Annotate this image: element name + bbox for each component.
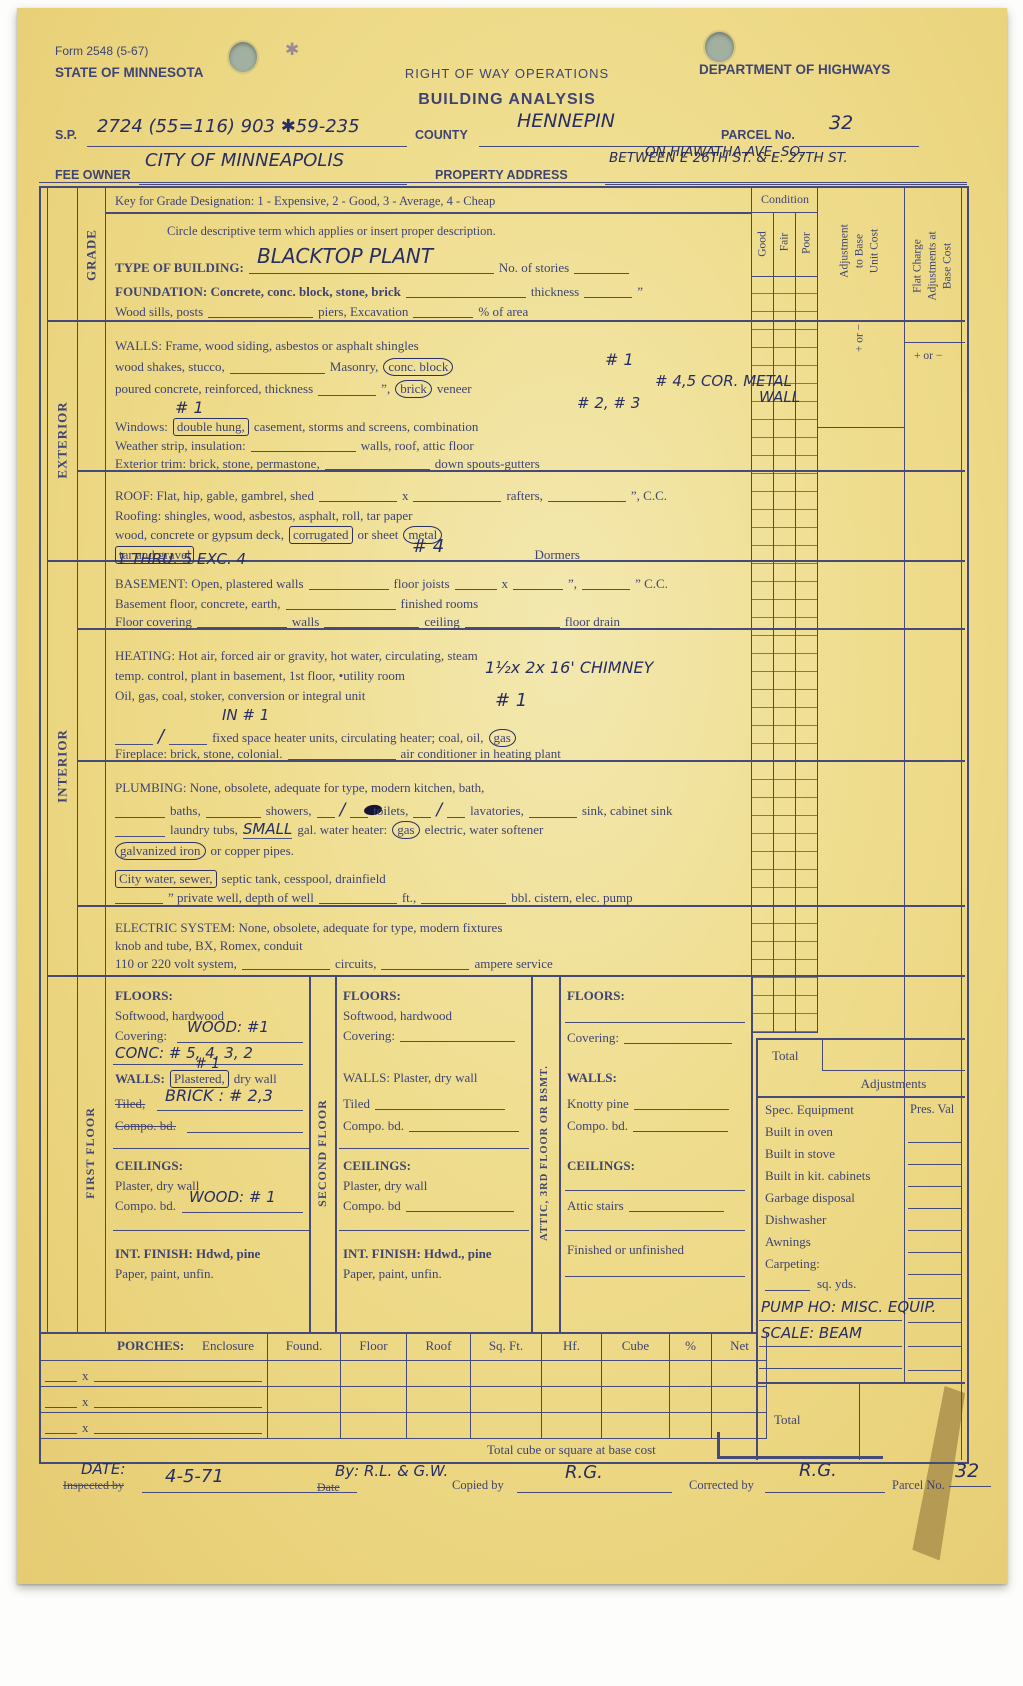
spec-row-cabinets: Built in kit. cabinets xyxy=(765,1168,870,1184)
basement-line1: BASEMENT: Open, plastered walls floor jo… xyxy=(115,576,668,592)
property-address-value: BETWEEN E 26TH ST. & E. 27TH ST. xyxy=(609,150,848,166)
spec-row-oven: Built in oven xyxy=(765,1124,833,1140)
floor2-compo2-line: Compo. bd xyxy=(343,1198,514,1214)
heating-line3: Oil, gas, coal, stoker, conversion or in… xyxy=(115,688,365,704)
grid-line xyxy=(565,1190,745,1191)
attic-floors-heading: FLOORS: xyxy=(567,988,625,1004)
heating-hand-in1: IN # 1 xyxy=(222,706,269,724)
grid-line xyxy=(39,182,967,183)
grade-woodsills-line: Wood sills, posts piers, Excavation % of… xyxy=(115,304,528,320)
hand-by-value: By: R.L. & G.W. xyxy=(335,1462,448,1480)
grid-line xyxy=(517,1492,672,1493)
heating-hand-no1: # 1 xyxy=(495,690,527,711)
floor1-walls-hand1: # 1 xyxy=(195,1056,220,1072)
grid-line xyxy=(908,1142,961,1143)
grid-line xyxy=(908,1322,961,1323)
plumbing-line6: ” private well, depth of well ft., bbl. … xyxy=(115,890,633,906)
grid-line xyxy=(47,320,965,322)
adjustment-column-label: Adjustment to Base Unit Cost xyxy=(838,224,883,278)
grid-line xyxy=(267,1332,268,1438)
grid-line xyxy=(766,1332,767,1438)
roof-line1: ROOF: Flat, hip, gable, gambrel, shed x … xyxy=(115,488,667,504)
grid-line xyxy=(105,212,751,214)
walls-hand-1b: # 1 xyxy=(175,398,204,417)
floor1-ceiling-value: WOOD: # 1 xyxy=(189,1188,276,1206)
hand-date-label: DATE: xyxy=(81,1460,125,1478)
circled-galvanized-iron: galvanized iron xyxy=(115,842,206,860)
grid-line xyxy=(113,1230,309,1231)
walls-line4: Windows: double hung, casement, storms a… xyxy=(115,418,478,436)
grid-line xyxy=(340,1332,341,1438)
hand-date-value: 4-5-71 xyxy=(165,1466,224,1487)
plumbing-line1: PLUMBING: None, obsolete, adequate for t… xyxy=(115,780,484,796)
electric-line2: knob and tube, BX, Romex, conduit xyxy=(115,938,303,954)
form-number: Form 2548 (5-67) xyxy=(55,44,148,58)
grid-line xyxy=(77,186,78,1332)
total-bottom-label: Total xyxy=(774,1412,801,1428)
footer-parcel-label: Parcel No. xyxy=(892,1478,945,1493)
porches-total-line: Total cube or square at base cost xyxy=(487,1442,656,1458)
grid-line xyxy=(39,1386,767,1387)
grid-line xyxy=(908,1346,961,1347)
grid-line xyxy=(339,1148,529,1149)
grid-line xyxy=(717,1456,883,1459)
porches-col-roof: Roof xyxy=(409,1338,468,1354)
plumbing-line5: City water, sewer, septic tank, cesspool… xyxy=(115,870,386,888)
pres-val-heading: Pres. Val xyxy=(910,1102,954,1117)
attic-finished-line: Finished or unfinished xyxy=(567,1242,684,1258)
fee-owner-label: FEE OWNER xyxy=(55,168,131,182)
spec-row-awnings: Awnings xyxy=(765,1234,811,1250)
grid-line xyxy=(711,1332,712,1438)
walls-hand-1a: # 1 xyxy=(605,350,634,369)
grid-line xyxy=(756,1038,758,1460)
floor2-floors-heading: FLOORS: xyxy=(343,988,401,1004)
grid-line xyxy=(177,1042,303,1043)
grid-line xyxy=(908,1230,961,1231)
floor2-walls-line: WALLS: Plaster, dry wall xyxy=(343,1070,478,1086)
grid-line xyxy=(187,1132,303,1133)
grid-line xyxy=(717,1432,720,1458)
porches-label: PORCHES: xyxy=(117,1338,184,1354)
floor1-covering-value: WOOD: #1 xyxy=(187,1018,269,1036)
adjustment-plus-minus: + or − xyxy=(853,324,868,352)
grid-line xyxy=(47,186,48,1332)
grid-line xyxy=(751,975,753,1332)
porches-row2: x xyxy=(45,1394,262,1410)
grid-line xyxy=(47,975,965,977)
circled-gas-2: gas xyxy=(392,821,419,839)
stamp-mark-icon: ✱ xyxy=(285,40,299,60)
grid-line xyxy=(908,1164,961,1165)
floor2-ceilings-heading: CEILINGS: xyxy=(343,1158,411,1174)
heating-hand-chimney: 1½x 2x 16' CHIMNEY xyxy=(485,658,653,677)
grid-line xyxy=(339,1230,529,1231)
grid-line xyxy=(908,1186,961,1187)
attic-compo-line: Compo. bd. xyxy=(567,1118,728,1134)
grid-line xyxy=(39,1412,767,1413)
walls-hand-23: # 2, # 3 xyxy=(577,394,640,412)
floor2-int-finish: INT. FINISH: Hdwd., pine xyxy=(343,1246,492,1262)
floor2-paper-paint: Paper, paint, unfin. xyxy=(343,1266,442,1282)
scanned-document-page: { "header": { "form_number": "Form 2548 … xyxy=(0,0,1023,1686)
floor2-covering-line: Covering: xyxy=(343,1028,515,1044)
grid-line xyxy=(559,975,561,1332)
floor1-floors-heading: FLOORS: xyxy=(115,988,173,1004)
property-address-label: PROPERTY ADDRESS xyxy=(435,168,568,182)
fee-owner-value: CITY OF MINNEAPOLIS xyxy=(145,150,344,171)
grade-key: Key for Grade Designation: 1 - Expensive… xyxy=(115,194,495,209)
porches-col-cube: Cube xyxy=(604,1338,667,1354)
hand-corrected-value: R.G. xyxy=(799,1460,837,1481)
inspected-by-label: Inspected by xyxy=(63,1478,124,1493)
sp-label: S.P. xyxy=(55,128,77,142)
floor1-compo2: Compo. bd. xyxy=(115,1198,176,1214)
floor1-int-finish: INT. FINISH: Hdwd, pine xyxy=(115,1246,260,1262)
plumbing-hand-slash1: / xyxy=(340,800,346,820)
floor2-tiled-line: Tiled xyxy=(343,1096,505,1112)
plumbing-line3: laundry tubs, SMALL gal. water heater: g… xyxy=(115,820,543,839)
grid-line xyxy=(565,1022,745,1023)
grade-type-value: BLACKTOP PLANT xyxy=(257,244,433,268)
grid-line xyxy=(751,1032,818,1033)
county-label: COUNTY xyxy=(415,128,468,142)
side-label-second-floor: SECOND FLOOR xyxy=(315,1099,331,1207)
parcel-value: 32 xyxy=(829,112,853,134)
grid-line xyxy=(908,1274,961,1275)
flat-plus-minus: + or − xyxy=(914,350,942,362)
side-label-attic: ATTIC, 3RD FLOOR OR BSMT. xyxy=(538,1065,552,1241)
grid-line xyxy=(904,342,965,343)
roof-line2: Roofing: shingles, wood, asbestos, aspha… xyxy=(115,508,413,524)
side-label-grade: GRADE xyxy=(84,229,101,281)
condition-col-poor: Poor xyxy=(800,232,815,254)
grid-line xyxy=(908,1252,961,1253)
heating-line2: temp. control, plant in basement, 1st fl… xyxy=(115,668,405,684)
grid-line xyxy=(756,1382,965,1384)
walls-line1: WALLS: Frame, wood siding, asbestos or a… xyxy=(115,338,419,354)
grid-line xyxy=(908,1208,961,1209)
floor2-softwood: Softwood, hardwood xyxy=(343,1008,452,1024)
floor1-ceilings-heading: CEILINGS: xyxy=(115,1158,183,1174)
header-operations: RIGHT OF WAY OPERATIONS xyxy=(372,66,642,81)
side-label-first-floor: FIRST FLOOR xyxy=(83,1107,99,1199)
heating-hand-slash: / xyxy=(158,726,164,747)
floor1-brick-value: BRICK : # 2,3 xyxy=(165,1086,273,1105)
grid-line xyxy=(669,1332,670,1438)
grid-line xyxy=(87,146,407,147)
porches-col-sqft: Sq. Ft. xyxy=(473,1338,539,1354)
grid-line xyxy=(751,212,818,213)
hole-punch-icon xyxy=(705,32,734,62)
floor1-covering-label: Covering: xyxy=(115,1028,167,1044)
hand-parcel-value: 32 xyxy=(955,1460,979,1482)
boxed-corrugated: corrugated xyxy=(289,526,353,544)
attic-walls-heading: WALLS: xyxy=(567,1070,617,1086)
grid-line xyxy=(105,186,106,1332)
floor1-compo: Compo. bd. xyxy=(115,1118,176,1134)
grid-line xyxy=(822,1070,965,1071)
plumbing-line2: baths, showers, / toilets, / lavatories,… xyxy=(115,800,673,820)
grid-line xyxy=(565,1230,745,1231)
hand-pump-house: PUMP HO: MISC. EQUIP. xyxy=(761,1298,936,1316)
form-paper: Form 2548 (5-67) ✱ STATE OF MINNESOTA RI… xyxy=(17,8,1007,1584)
grid-line xyxy=(39,1360,767,1361)
spec-row-garbage: Garbage disposal xyxy=(765,1190,855,1206)
circled-gas: gas xyxy=(489,729,516,747)
grid-line xyxy=(182,1212,303,1213)
roof-hand-range: 1 THRU. 5 EXC. 4 xyxy=(117,550,246,568)
grid-line xyxy=(759,1320,902,1321)
floor1-plaster: Plaster, dry wall xyxy=(115,1178,199,1194)
page-title: BUILDING ANALYSIS xyxy=(372,91,642,109)
grid-line xyxy=(531,975,533,1332)
grid-line xyxy=(949,1486,991,1487)
attic-knotty-line: Knotty pine xyxy=(567,1096,729,1112)
attic-ceilings-heading: CEILINGS: xyxy=(567,1158,635,1174)
boxed-double-hung: double hung, xyxy=(173,418,249,436)
walls-line3: poured concrete, reinforced, thickness ”… xyxy=(115,380,472,398)
porches-row1: x xyxy=(45,1368,262,1384)
plumbing-hand-slash2: / xyxy=(436,800,442,820)
condition-header: Condition xyxy=(753,192,817,207)
grade-foundation-line: FOUNDATION: Concrete, conc. block, stone… xyxy=(115,284,643,300)
grid-line xyxy=(541,1332,542,1438)
basement-line3: Floor covering walls ceiling floor drain xyxy=(115,614,620,630)
grid-line xyxy=(859,1382,860,1460)
circled-conc-block: conc. block xyxy=(383,358,453,376)
sq-yds-label: sq. yds. xyxy=(817,1276,856,1292)
hand-scale-beam: SCALE: BEAM xyxy=(761,1324,862,1342)
grid-line xyxy=(765,1492,885,1493)
grid-line xyxy=(565,1276,745,1277)
porches-col-net: Net xyxy=(714,1338,765,1354)
county-value: HENNEPIN xyxy=(517,110,615,132)
grid-line xyxy=(759,1368,902,1369)
condition-col-good: Good xyxy=(756,231,771,257)
grade-circle-instruction: Circle descriptive term which applies or… xyxy=(167,224,496,239)
plumbing-line4: galvanized iron or copper pipes. xyxy=(115,842,294,860)
porches-enclosure: Enclosure xyxy=(202,1338,254,1354)
grid-line xyxy=(601,1332,602,1438)
grid-line xyxy=(765,1290,810,1291)
side-label-interior: INTERIOR xyxy=(55,729,72,803)
walls-line5: Weather strip, insulation: walls, roof, … xyxy=(115,438,474,454)
grid-line xyxy=(113,1148,309,1149)
hole-punch-icon xyxy=(229,42,257,72)
corrected-by-label: Corrected by xyxy=(689,1478,754,1493)
sp-value: 2724 (55=116) 903 ✱59-235 xyxy=(97,116,360,137)
grid-line xyxy=(759,1346,902,1347)
heating-line1: HEATING: Hot air, forced air or gravity,… xyxy=(115,648,478,664)
spec-equipment-heading: Spec. Equipment xyxy=(765,1102,854,1118)
attic-stairs-line: Attic stairs xyxy=(567,1198,724,1214)
grid-line xyxy=(157,1110,303,1111)
grid-line xyxy=(309,975,311,1332)
grid-line xyxy=(406,1332,407,1438)
porches-col-hf: Hf. xyxy=(544,1338,599,1354)
grid-line xyxy=(961,186,962,1460)
basement-line2: Basement floor, concrete, earth, finishe… xyxy=(115,596,478,612)
spec-row-dishwasher: Dishwasher xyxy=(765,1212,826,1228)
grid-line xyxy=(39,1438,767,1439)
header-state: STATE OF MINNESOTA xyxy=(55,65,204,80)
grid-line xyxy=(822,1038,823,1070)
attic-covering-line: Covering: xyxy=(567,1030,732,1046)
floor2-compo-line: Compo. bd. xyxy=(343,1118,519,1134)
copied-by-label: Copied by xyxy=(452,1478,504,1493)
porches-col-floor: Floor xyxy=(343,1338,404,1354)
grid-line xyxy=(904,186,905,1382)
grid-line xyxy=(335,975,337,1332)
boxed-city-water-sewer: City water, sewer, xyxy=(115,870,217,888)
floor1-paper-paint: Paper, paint, unfin. xyxy=(115,1266,214,1282)
grid-line xyxy=(817,427,904,428)
electric-line1: ELECTRIC SYSTEM: None, obsolete, adequat… xyxy=(115,920,502,936)
grid-line xyxy=(756,1096,965,1098)
date-label: Date xyxy=(317,1480,340,1495)
grid-line xyxy=(817,186,818,1032)
electric-line3: 110 or 220 volt system, circuits, ampere… xyxy=(115,956,553,972)
floor1-tiled: Tiled, xyxy=(115,1096,145,1112)
adjustments-heading: Adjustments xyxy=(822,1076,965,1092)
heating-line4: / fixed space heater units, circulating … xyxy=(115,726,516,747)
side-label-exterior: EXTERIOR xyxy=(55,401,72,478)
parcel-label: PARCEL No. xyxy=(721,128,795,142)
total-top-label: Total xyxy=(772,1048,799,1064)
grid-line xyxy=(908,1370,961,1371)
porches-col-found: Found. xyxy=(270,1338,338,1354)
walls-hand-wall: WALL xyxy=(759,388,800,406)
porches-col-pct: % xyxy=(672,1338,709,1354)
heating-line5: Fireplace: brick, stone, colonial. air c… xyxy=(115,746,561,762)
floor2-plaster: Plaster, dry wall xyxy=(343,1178,427,1194)
porches-row3: x xyxy=(45,1420,262,1436)
plumbing-hand-small: SMALL xyxy=(243,820,292,839)
grid-line xyxy=(799,146,919,147)
circled-brick: brick xyxy=(395,380,432,398)
walls-line6: Exterior trim: brick, stone, permastone,… xyxy=(115,456,540,472)
hand-copied-value: R.G. xyxy=(565,1462,603,1483)
floor1-conc-value: CONC: # 5, 4, 3, 2 xyxy=(115,1044,253,1062)
roof-line3: wood, concrete or gypsum deck, corrugate… xyxy=(115,526,442,544)
walls-line2: wood shakes, stucco, Masonry, conc. bloc… xyxy=(115,358,453,376)
header-department: DEPARTMENT OF HIGHWAYS xyxy=(699,62,890,77)
grid-line xyxy=(39,1332,756,1334)
flat-charge-column-label: Flat Charge Adjustments at Base Cost xyxy=(911,231,956,300)
grid-line xyxy=(756,1038,965,1040)
spec-row-carpeting: Carpeting: xyxy=(765,1256,820,1272)
condition-col-fair: Fair xyxy=(778,233,793,252)
spec-row-stove: Built in stove xyxy=(765,1146,835,1162)
grid-line xyxy=(470,1332,471,1438)
